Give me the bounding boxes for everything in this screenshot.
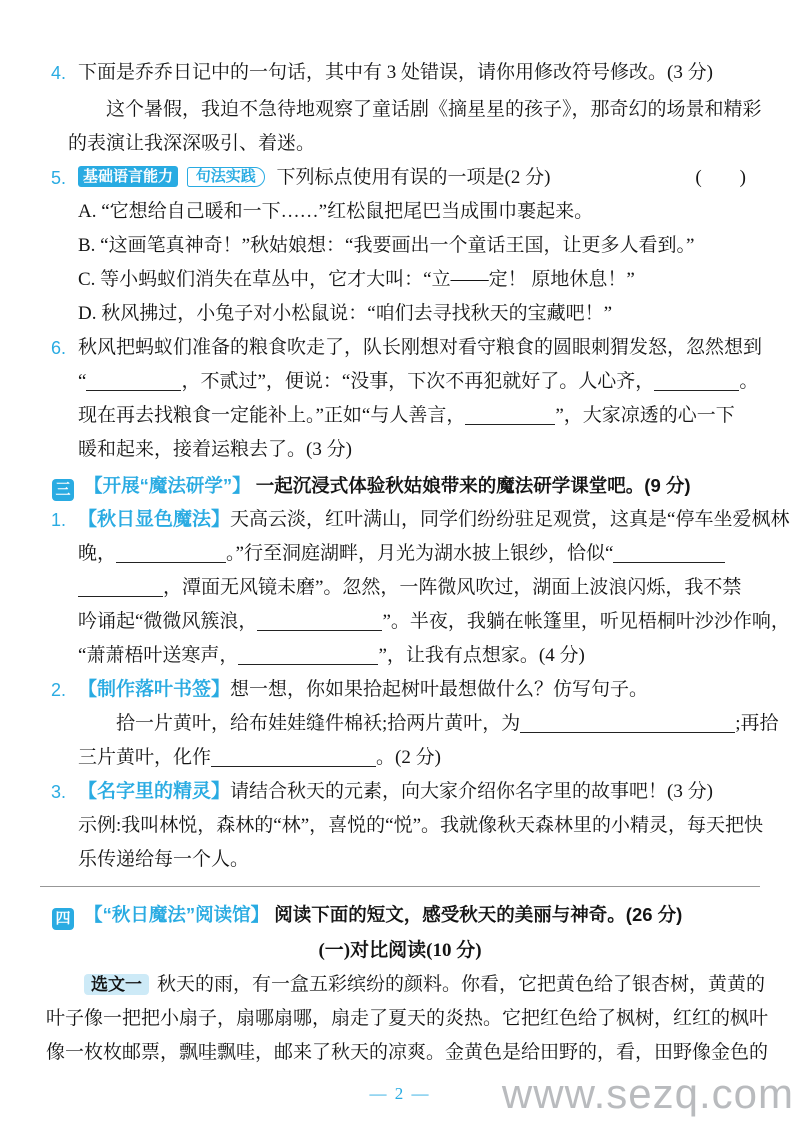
section-3-header: 三 【开展“魔法研学”】 一起沉浸式体验秋姑娘带来的魔法研学课堂吧。(9 分) xyxy=(52,469,774,503)
sub-question-2-lines: 【制作落叶书签】想一想，你如果拾起树叶最想做什么？仿写句子。拾一片黄叶，给布娃娃… xyxy=(78,673,774,775)
sub-question-1: 1. 【秋日显色魔法】天高云淡，红叶满山，同学们纷纷驻足观赏，这真是“停车坐爱枫… xyxy=(78,503,774,673)
text-line: 秋风把蚂蚁们准备的粮食吹走了，队长刚想对看守粮食的圆眼刺猬发怒，忽然想到 xyxy=(78,331,774,365)
text-line: 【秋日显色魔法】天高云淡，红叶满山，同学们纷纷驻足观赏，这真是“停车坐爱枫林 xyxy=(78,503,774,537)
answer-blank[interactable] xyxy=(116,538,226,563)
text-run: ，潭面无风镜未磨”。忽然，一阵微风吹过，湖面上波浪闪烁，我不禁 xyxy=(163,577,741,598)
text-run: 下面是乔乔日记中的一句话，其中有 3 处错误，请你用修改符号修改。(3 分) xyxy=(78,62,713,83)
section-3-number-box: 三 xyxy=(52,479,74,501)
passage-badge: 选文一 xyxy=(84,974,149,995)
question-4-lines: 下面是乔乔日记中的一句话，其中有 3 处错误，请你用修改符号修改。(3 分) xyxy=(78,56,774,90)
text-run: 秋风把蚂蚁们准备的粮食吹走了，队长刚想对看守粮食的圆眼刺猬发怒，忽然想到 xyxy=(78,337,762,358)
text-line: 乐传递给每一个人。 xyxy=(78,843,774,877)
text-line: 的表演让我深深吸引、着迷。 xyxy=(68,127,770,161)
answer-blank[interactable] xyxy=(654,366,739,391)
question-4: 4. 下面是乔乔日记中的一句话，其中有 3 处错误，请你用修改符号修改。(3 分… xyxy=(78,56,774,90)
text-run: 。 xyxy=(739,371,758,392)
sub-question-1-lines: 【秋日显色魔法】天高云淡，红叶满山，同学们纷纷驻足观赏，这真是“停车坐爱枫林晚，… xyxy=(78,503,774,673)
text-line: 三片黄叶，化作。(2 分) xyxy=(78,741,774,775)
question-5-stem: 基础语言能力 句法实践 下列标点使用有误的一项是(2 分) ( ) xyxy=(78,161,774,195)
question-5-options: A. “它想给自己暖和一下……”红松鼠把尾巴当成围巾裹起来。B. “这画笔真神奇… xyxy=(78,195,774,331)
text-line: C. 等小蚂蚁们消失在草丛中，它才大叫：“立——定！ 原地休息！” xyxy=(78,263,774,297)
text-line: D. 秋风拂过，小兔子对小松鼠说：“咱们去寻找秋天的宝藏吧！” xyxy=(78,297,774,331)
text-run: ;再拾 xyxy=(735,713,778,734)
text-line: “，不贰过”，便说：“没事，下次不再犯就好了。人心齐，。 xyxy=(78,365,774,399)
question-4-diary-passage: 这个暑假，我迫不急待地观察了童话剧《摘星星的孩子》，那奇幻的场景和精彩的表演让我… xyxy=(68,93,770,161)
section-4-title: 【“秋日魔法”阅读馆】 xyxy=(84,904,269,925)
question-5-number: 5. xyxy=(51,161,66,195)
text-run: 秋天的雨，有一盒五彩缤纷的颜料。你看，它把黄色给了银杏树，黄黄的 xyxy=(157,974,765,995)
sub-question-3-lines: 【名字里的精灵】请结合秋天的元素，向大家介绍你名字里的故事吧！(3 分)示例:我… xyxy=(78,775,774,877)
sub-question-2-number: 2. xyxy=(51,673,66,707)
reading-part-heading: (一)对比阅读(10 分) xyxy=(0,934,800,968)
text-run: ”。半夜，我躺在帐篷里，听见梧桐叶沙沙作响， xyxy=(382,611,789,632)
text-line: 像一枚枚邮票，飘哇飘哇，邮来了秋天的凉爽。金黄色是给田野的，看，田野像金色的 xyxy=(46,1036,764,1070)
text-line: 拾一片黄叶，给布娃娃缝件棉袄;拾两片黄叶，为;再拾 xyxy=(78,707,774,741)
section-4-header-line: 四 【“秋日魔法”阅读馆】 阅读下面的短文，感受秋天的美丽与神奇。(26 分) xyxy=(52,898,774,932)
text-run: 晚， xyxy=(78,543,116,564)
text-line: B. “这画笔真神奇！”秋姑娘想：“我要画出一个童话王国，让更多人看到。” xyxy=(78,229,774,263)
answer-parentheses[interactable]: ( ) xyxy=(695,161,746,195)
text-line: 暖和起来，接着运粮去了。(3 分) xyxy=(78,433,774,467)
text-line: 现在再去找粮食一定能补上。”正如“与人善言，”，大家凉透的心一下 xyxy=(78,399,774,433)
text-run: “ xyxy=(78,371,86,392)
text-line: 叶子像一把把小扇子，扇哪扇哪，扇走了夏天的炎热。它把红色给了枫树，红红的枫叶 xyxy=(46,1002,764,1036)
text-line: 【制作落叶书签】想一想，你如果拾起树叶最想做什么？仿写句子。 xyxy=(78,673,774,707)
text-run: 这个暑假，我迫不急待地观察了童话剧《摘星星的孩子》，那奇幻的场景和精彩 xyxy=(106,99,762,120)
watermark: www.sezq.com xyxy=(502,1070,794,1118)
ability-badge: 基础语言能力 xyxy=(78,166,178,187)
practice-badge: 句法实践 xyxy=(187,167,265,187)
text-run: 乐传递给每一个人。 xyxy=(78,849,249,870)
text-line: 【名字里的精灵】请结合秋天的元素，向大家介绍你名字里的故事吧！(3 分) xyxy=(78,775,774,809)
text-run: 拾一片黄叶，给布娃娃缝件棉袄;拾两片黄叶，为 xyxy=(116,713,520,734)
text-run: ，不贰过”，便说：“没事，下次不再犯就好了。人心齐， xyxy=(181,371,654,392)
answer-blank[interactable] xyxy=(86,366,181,391)
text-run: 叶子像一把把小扇子，扇哪扇哪，扇走了夏天的炎热。它把红色给了枫树，红红的枫叶 xyxy=(46,1008,768,1029)
text-line: 下面是乔乔日记中的一句话，其中有 3 处错误，请你用修改符号修改。(3 分) xyxy=(78,56,774,90)
section-divider xyxy=(40,886,760,887)
text-line: A. “它想给自己暖和一下……”红松鼠把尾巴当成围巾裹起来。 xyxy=(78,195,774,229)
text-run: A. “它想给自己暖和一下……”红松鼠把尾巴当成围巾裹起来。 xyxy=(78,201,593,222)
answer-blank[interactable] xyxy=(257,606,382,631)
sub-question-2: 2. 【制作落叶书签】想一想，你如果拾起树叶最想做什么？仿写句子。拾一片黄叶，给… xyxy=(78,673,774,775)
text-run: ”，让我有点想家。(4 分) xyxy=(378,645,584,666)
question-6: 6. 秋风把蚂蚁们准备的粮食吹走了，队长刚想对看守粮食的圆眼刺猬发怒，忽然想到“… xyxy=(78,331,774,467)
sub-question-3-number: 3. xyxy=(51,775,66,809)
text-line: 选文一秋天的雨，有一盒五彩缤纷的颜料。你看，它把黄色给了银杏树，黄黄的 xyxy=(46,968,764,1002)
sub-question-tag: 【名字里的精灵】 xyxy=(78,781,230,802)
section-4-number-box: 四 xyxy=(52,908,74,930)
text-run: ”，大家凉透的心一下 xyxy=(555,405,734,426)
text-run: 的表演让我深深吸引、着迷。 xyxy=(68,133,315,154)
answer-blank[interactable] xyxy=(613,538,725,563)
text-run: C. 等小蚂蚁们消失在草丛中，它才大叫：“立——定！ 原地休息！” xyxy=(78,269,635,290)
sub-question-3: 3. 【名字里的精灵】请结合秋天的元素，向大家介绍你名字里的故事吧！(3 分)示… xyxy=(78,775,774,877)
text-line: “萧萧梧叶送寒声，”，让我有点想家。(4 分) xyxy=(78,639,774,673)
worksheet-page: 4. 下面是乔乔日记中的一句话，其中有 3 处错误，请你用修改符号修改。(3 分… xyxy=(0,0,800,1138)
sub-question-tag: 【制作落叶书签】 xyxy=(78,679,230,700)
answer-blank[interactable] xyxy=(465,400,555,425)
text-run: 像一枚枚邮票，飘哇飘哇，邮来了秋天的凉爽。金黄色是给田野的，看，田野像金色的 xyxy=(46,1042,768,1063)
section-4-instruction: 阅读下面的短文，感受秋天的美丽与神奇。(26 分) xyxy=(274,904,682,925)
text-line: 吟诵起“微微风簇浪，”。半夜，我躺在帐篷里，听见梧桐叶沙沙作响， xyxy=(78,605,774,639)
reading-passage-1: 选文一秋天的雨，有一盒五彩缤纷的颜料。你看，它把黄色给了银杏树，黄黄的叶子像一把… xyxy=(46,968,764,1070)
text-run: 天高云淡，红叶满山，同学们纷纷驻足观赏，这真是“停车坐爱枫林 xyxy=(230,509,789,530)
section-3-instruction: 一起沉浸式体验秋姑娘带来的魔法研学课堂吧。(9 分) xyxy=(256,475,691,496)
text-line: 这个暑假，我迫不急待地观察了童话剧《摘星星的孩子》，那奇幻的场景和精彩 xyxy=(68,93,770,127)
section-3-header-line: 三 【开展“魔法研学”】 一起沉浸式体验秋姑娘带来的魔法研学课堂吧。(9 分) xyxy=(52,469,774,503)
text-run: 吟诵起“微微风簇浪， xyxy=(78,611,257,632)
question-6-lines: 秋风把蚂蚁们准备的粮食吹走了，队长刚想对看守粮食的圆眼刺猬发怒，忽然想到“，不贰… xyxy=(78,331,774,467)
text-run: “萧萧梧叶送寒声， xyxy=(78,645,238,666)
question-4-number: 4. xyxy=(51,56,66,90)
text-line: ，潭面无风镜未磨”。忽然，一阵微风吹过，湖面上波浪闪烁，我不禁 xyxy=(78,571,774,605)
text-run: 想一想，你如果拾起树叶最想做什么？仿写句子。 xyxy=(230,679,648,700)
text-run: 。”行至洞庭湖畔，月光为湖水披上银纱，恰似“ xyxy=(226,543,613,564)
text-run: 。(2 分) xyxy=(376,747,441,768)
question-5-text: 下列标点使用有误的一项是(2 分) xyxy=(277,167,551,188)
text-line: 晚，。”行至洞庭湖畔，月光为湖水披上银纱，恰似“ xyxy=(78,537,774,571)
question-6-number: 6. xyxy=(51,331,66,365)
sub-question-1-number: 1. xyxy=(51,503,66,537)
answer-blank[interactable] xyxy=(78,572,163,597)
text-line: 示例:我叫林悦，森林的“林”，喜悦的“悦”。我就像秋天森林里的小精灵，每天把快 xyxy=(78,809,774,843)
text-run: B. “这画笔真神奇！”秋姑娘想：“我要画出一个童话王国，让更多人看到。” xyxy=(78,235,694,256)
answer-blank[interactable] xyxy=(238,640,378,665)
text-run: 请结合秋天的元素，向大家介绍你名字里的故事吧！(3 分) xyxy=(230,781,713,802)
text-run: D. 秋风拂过，小兔子对小松鼠说：“咱们去寻找秋天的宝藏吧！” xyxy=(78,303,612,324)
text-run: 示例:我叫林悦，森林的“林”，喜悦的“悦”。我就像秋天森林里的小精灵，每天把快 xyxy=(78,815,763,836)
sub-question-tag: 【秋日显色魔法】 xyxy=(78,509,230,530)
question-5: 5. 基础语言能力 句法实践 下列标点使用有误的一项是(2 分) ( ) A. … xyxy=(78,161,774,331)
text-run: 现在再去找粮食一定能补上。”正如“与人善言， xyxy=(78,405,465,426)
text-run: 暖和起来，接着运粮去了。(3 分) xyxy=(78,439,352,460)
section-4-header: 四 【“秋日魔法”阅读馆】 阅读下面的短文，感受秋天的美丽与神奇。(26 分) xyxy=(52,898,774,932)
answer-blank[interactable] xyxy=(211,742,376,767)
answer-blank[interactable] xyxy=(520,708,735,733)
section-3-title: 【开展“魔法研学”】 xyxy=(84,475,251,496)
text-run: 三片黄叶，化作 xyxy=(78,747,211,768)
